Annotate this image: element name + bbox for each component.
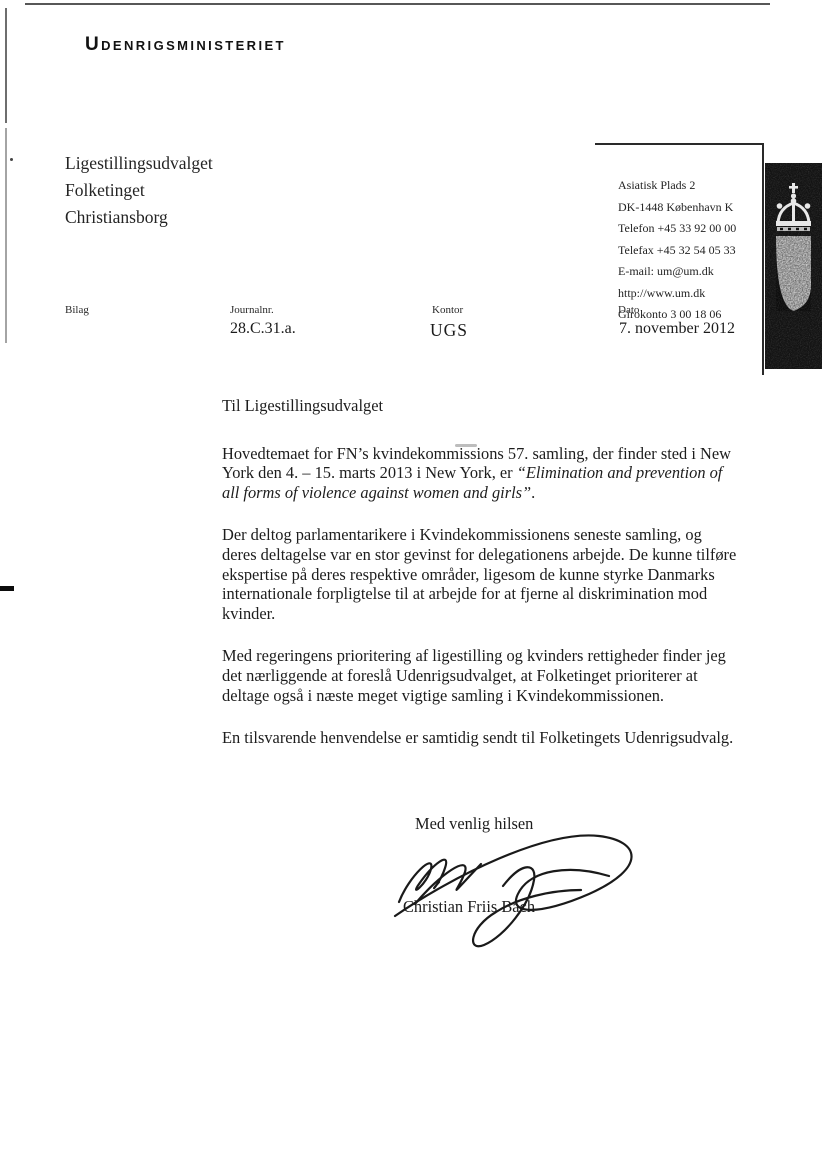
- sender-website: http://www.um.dk: [618, 283, 762, 305]
- bilag-label: Bilag: [65, 304, 89, 316]
- recipient-line: Folketinget: [65, 177, 213, 204]
- ministry-letterhead: Udenrigsministeriet: [85, 34, 286, 56]
- recipient-line: Ligestillingsudvalget: [65, 150, 213, 177]
- scan-border-left-2: [5, 128, 7, 343]
- coat-of-arms-strip: [765, 163, 822, 369]
- kontor-label: Kontor: [432, 304, 463, 316]
- signer-name: Christian Friis Bach: [403, 897, 535, 917]
- letter-page: Udenrigsministeriet Ligestillingsudvalge…: [0, 0, 825, 1168]
- paragraph-participation: Der deltog parlamentarikere i Kvindekomm…: [222, 525, 739, 623]
- sender-street: Asiatisk Plads 2: [618, 175, 762, 197]
- handwritten-signature: [383, 824, 675, 956]
- paragraph-recommendation: Med regeringens prioritering af ligestil…: [222, 646, 739, 705]
- sender-phone: Telefon +45 33 92 00 00: [618, 218, 762, 240]
- journalnr-value: 28.C.31.a.: [230, 320, 296, 338]
- sender-address: Asiatisk Plads 2 DK-1448 København K Tel…: [595, 145, 762, 326]
- paragraph-theme-period: .: [531, 483, 535, 502]
- recipient-address: Ligestillingsudvalget Folketinget Christ…: [65, 150, 213, 231]
- letter-body: Til Ligestillingsudvalget Hovedtemaet fo…: [222, 396, 739, 771]
- scan-border-top: [25, 3, 770, 5]
- scan-speck: [10, 158, 13, 161]
- dato-label: Dato: [618, 304, 639, 316]
- fold-mark: [0, 586, 14, 591]
- scan-border-left: [5, 8, 7, 123]
- salutation: Til Ligestillingsudvalget: [222, 396, 739, 416]
- sender-email: E-mail: um@um.dk: [618, 261, 762, 283]
- danish-coat-of-arms-icon: [765, 163, 822, 369]
- journalnr-label: Journalnr.: [230, 304, 274, 316]
- kontor-value: UGS: [430, 320, 468, 341]
- paragraph-notice: En tilsvarende henvendelse er samtidig s…: [222, 728, 739, 748]
- sender-fax: Telefax +45 32 54 05 33: [618, 240, 762, 262]
- sender-contact-box: Asiatisk Plads 2 DK-1448 København K Tel…: [595, 143, 764, 375]
- sender-city: DK-1448 København K: [618, 197, 762, 219]
- recipient-line: Christiansborg: [65, 204, 213, 231]
- dato-value: 7. november 2012: [619, 320, 735, 338]
- paragraph-theme: Hovedtemaet for FN’s kvindekommissions 5…: [222, 444, 739, 503]
- closing-salutation: Med venlig hilsen: [415, 814, 533, 834]
